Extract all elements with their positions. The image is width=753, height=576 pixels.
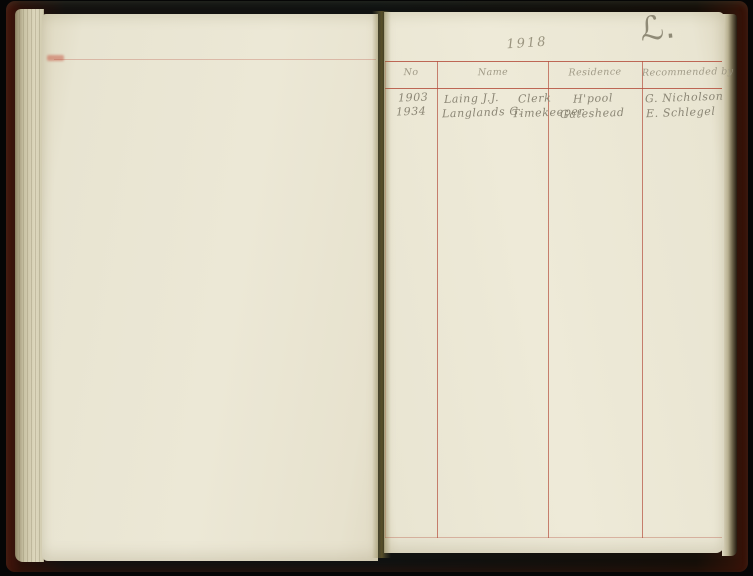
- table-bottom-rule: [385, 537, 722, 538]
- entry-recommended-by: G. Nicholson: [645, 90, 724, 106]
- left-page: [42, 14, 378, 561]
- red-ink-smudge: [47, 55, 64, 61]
- column-divider-name-residence: [548, 61, 549, 538]
- entry-number: 1903: [398, 90, 429, 104]
- entry-recommended-by: E. Schlegel: [646, 105, 716, 120]
- entry-name: Langlands G.: [442, 105, 523, 121]
- column-header-recommended-by: Recommended by: [642, 66, 722, 78]
- year-heading: 1918: [492, 34, 563, 54]
- photo-background: 1918 ℒ. No Name Residence Recommended by…: [0, 0, 753, 576]
- entry-occupation: Clerk: [518, 91, 552, 105]
- entry-residence: Gateshead: [560, 106, 625, 121]
- column-divider-residence-recommended: [642, 61, 643, 538]
- page-edges-right: [722, 14, 737, 556]
- entry-number: 1934: [396, 104, 427, 118]
- column-header-residence: Residence: [548, 66, 642, 79]
- table-header-rule: [385, 88, 722, 89]
- index-letter: ℒ.: [638, 6, 677, 48]
- page-edges-left: [15, 9, 44, 562]
- column-divider-no-name: [437, 61, 438, 538]
- column-header-name: Name: [438, 66, 548, 79]
- right-page: 1918 ℒ. No Name Residence Recommended by…: [384, 12, 724, 553]
- column-header-no: No: [384, 67, 438, 79]
- table-top-rule: [385, 61, 722, 62]
- left-page-top-rule: [54, 59, 376, 60]
- entry-name: Laing J.J.: [444, 91, 500, 106]
- entry-residence: H'pool: [573, 91, 613, 105]
- book-gutter: [372, 11, 391, 558]
